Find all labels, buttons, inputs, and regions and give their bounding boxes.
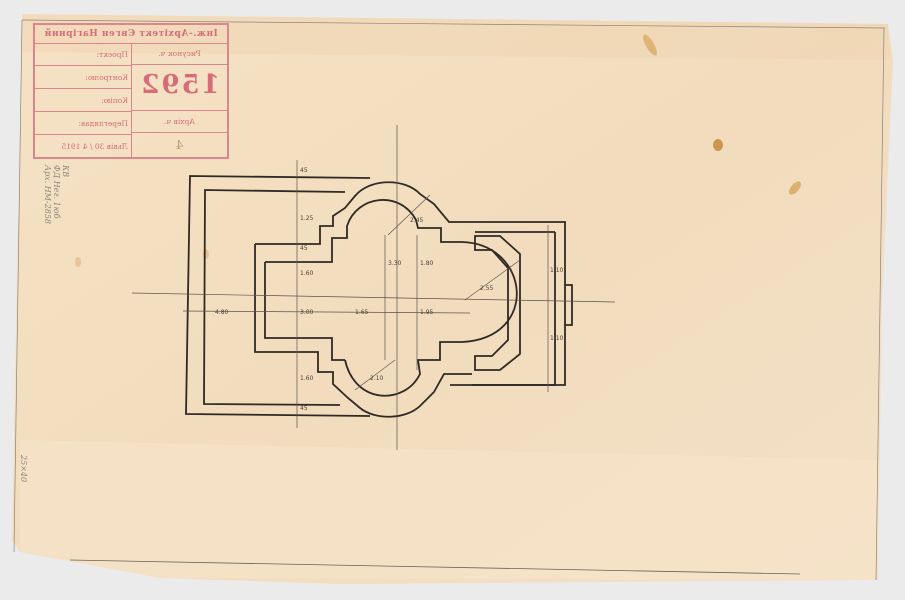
architect-stamp: Інж.-Архітект Євген Нагірний Рисунок ч. … — [33, 23, 229, 159]
stamp-date-value: 30 / 4 1915 — [61, 142, 104, 151]
stamp-row-project: Проєкт: — [35, 43, 132, 66]
stamp-header: Інж.-Архітект Євген Нагірний — [35, 25, 227, 44]
margin-note-line: ФД Нег. 1юб — [52, 165, 61, 224]
svg-text:2.55: 2.55 — [480, 285, 494, 292]
scanned-drawing: 451.25 451.60 4.803.00 1.651.95 3.301.80… — [0, 0, 905, 600]
svg-text:1.60: 1.60 — [300, 270, 314, 277]
svg-text:3.30: 3.30 — [388, 260, 402, 267]
margin-note-line: КВ — [61, 165, 70, 224]
stamp-date-label: Львів — [107, 142, 128, 151]
svg-text:45: 45 — [300, 167, 308, 174]
svg-text:1.25: 1.25 — [300, 215, 314, 222]
stamp-archive-value: 4 — [132, 133, 227, 157]
svg-text:1.65: 1.65 — [355, 309, 369, 316]
stamp-row-date: Львів 30 / 4 1915 — [35, 135, 132, 158]
svg-text:1.10: 1.10 — [550, 267, 564, 274]
svg-text:45: 45 — [300, 245, 308, 252]
stamp-rysunok-label: Рисунок ч. — [132, 43, 227, 65]
stamp-row-copy: Копію: — [35, 89, 132, 112]
stamp-number: 1592 — [132, 65, 227, 111]
svg-text:1.10: 1.10 — [550, 335, 564, 342]
margin-note-size: 25×40 — [19, 455, 28, 482]
svg-text:1.80: 1.80 — [420, 260, 434, 267]
svg-text:4.80: 4.80 — [215, 309, 229, 316]
stamp-archive-label: Архів ч. — [132, 111, 227, 133]
svg-text:1.60: 1.60 — [300, 375, 314, 382]
margin-note-line: Арх. НМ-2858 — [43, 165, 52, 224]
svg-text:45: 45 — [300, 405, 308, 412]
stamp-row-control: Контролю: — [35, 66, 132, 89]
svg-text:3.00: 3.00 — [300, 309, 314, 316]
margin-note-catalog: КВ ФД Нег. 1юб Арх. НМ-2858 — [43, 165, 70, 224]
svg-text:1.95: 1.95 — [420, 309, 434, 316]
svg-text:2.10: 2.10 — [370, 375, 384, 382]
stamp-row-reviewed: Переглядав: — [35, 112, 132, 135]
svg-text:2.45: 2.45 — [410, 217, 424, 224]
